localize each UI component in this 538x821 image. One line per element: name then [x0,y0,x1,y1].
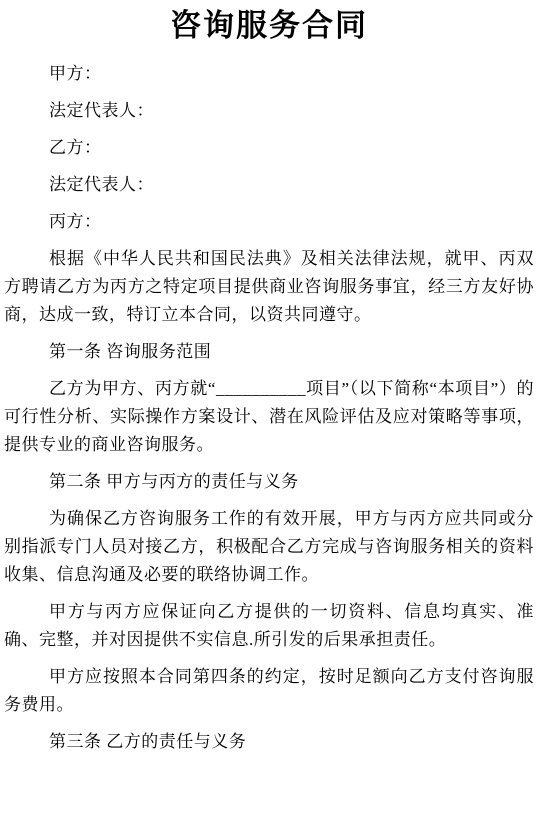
paragraph: 为确保乙方咨询服务工作的有效开展，甲方与丙方应共同或分别指派专门人员对接乙方，积… [4,505,534,589]
paragraph: 乙方为甲方、丙方就“__________项目”（以下简称“本项目”）的可行性分析… [4,375,534,459]
document-title: 咨询服务合同 [4,6,534,46]
field-line: 法定代表人： [4,97,534,125]
paragraph: 甲方与丙方应保证向乙方提供的一切资料、信息均真实、准确、完整，并对因提供不实信息… [4,598,534,654]
section-heading: 第一条 咨询服务范围 [4,338,534,366]
section-heading: 第三条 乙方的责任与义务 [4,728,534,756]
paragraph: 甲方应按照本合同第四条的约定，按时足额向乙方支付咨询服务费用。 [4,663,534,719]
field-line: 法定代表人： [4,171,534,199]
contract-document: 咨询服务合同 甲方：法定代表人：乙方：法定代表人：丙方：根据《中华人民共和国民法… [0,0,538,821]
section-heading: 第二条 甲方与丙方的责任与义务 [4,468,534,496]
document-body: 甲方：法定代表人：乙方：法定代表人：丙方：根据《中华人民共和国民法典》及相关法律… [4,60,534,756]
field-line: 甲方： [4,60,534,88]
field-line: 乙方： [4,134,534,162]
paragraph: 根据《中华人民共和国民法典》及相关法律法规，就甲、丙双方聘请乙方为丙方之特定项目… [4,245,534,329]
field-line: 丙方： [4,208,534,236]
